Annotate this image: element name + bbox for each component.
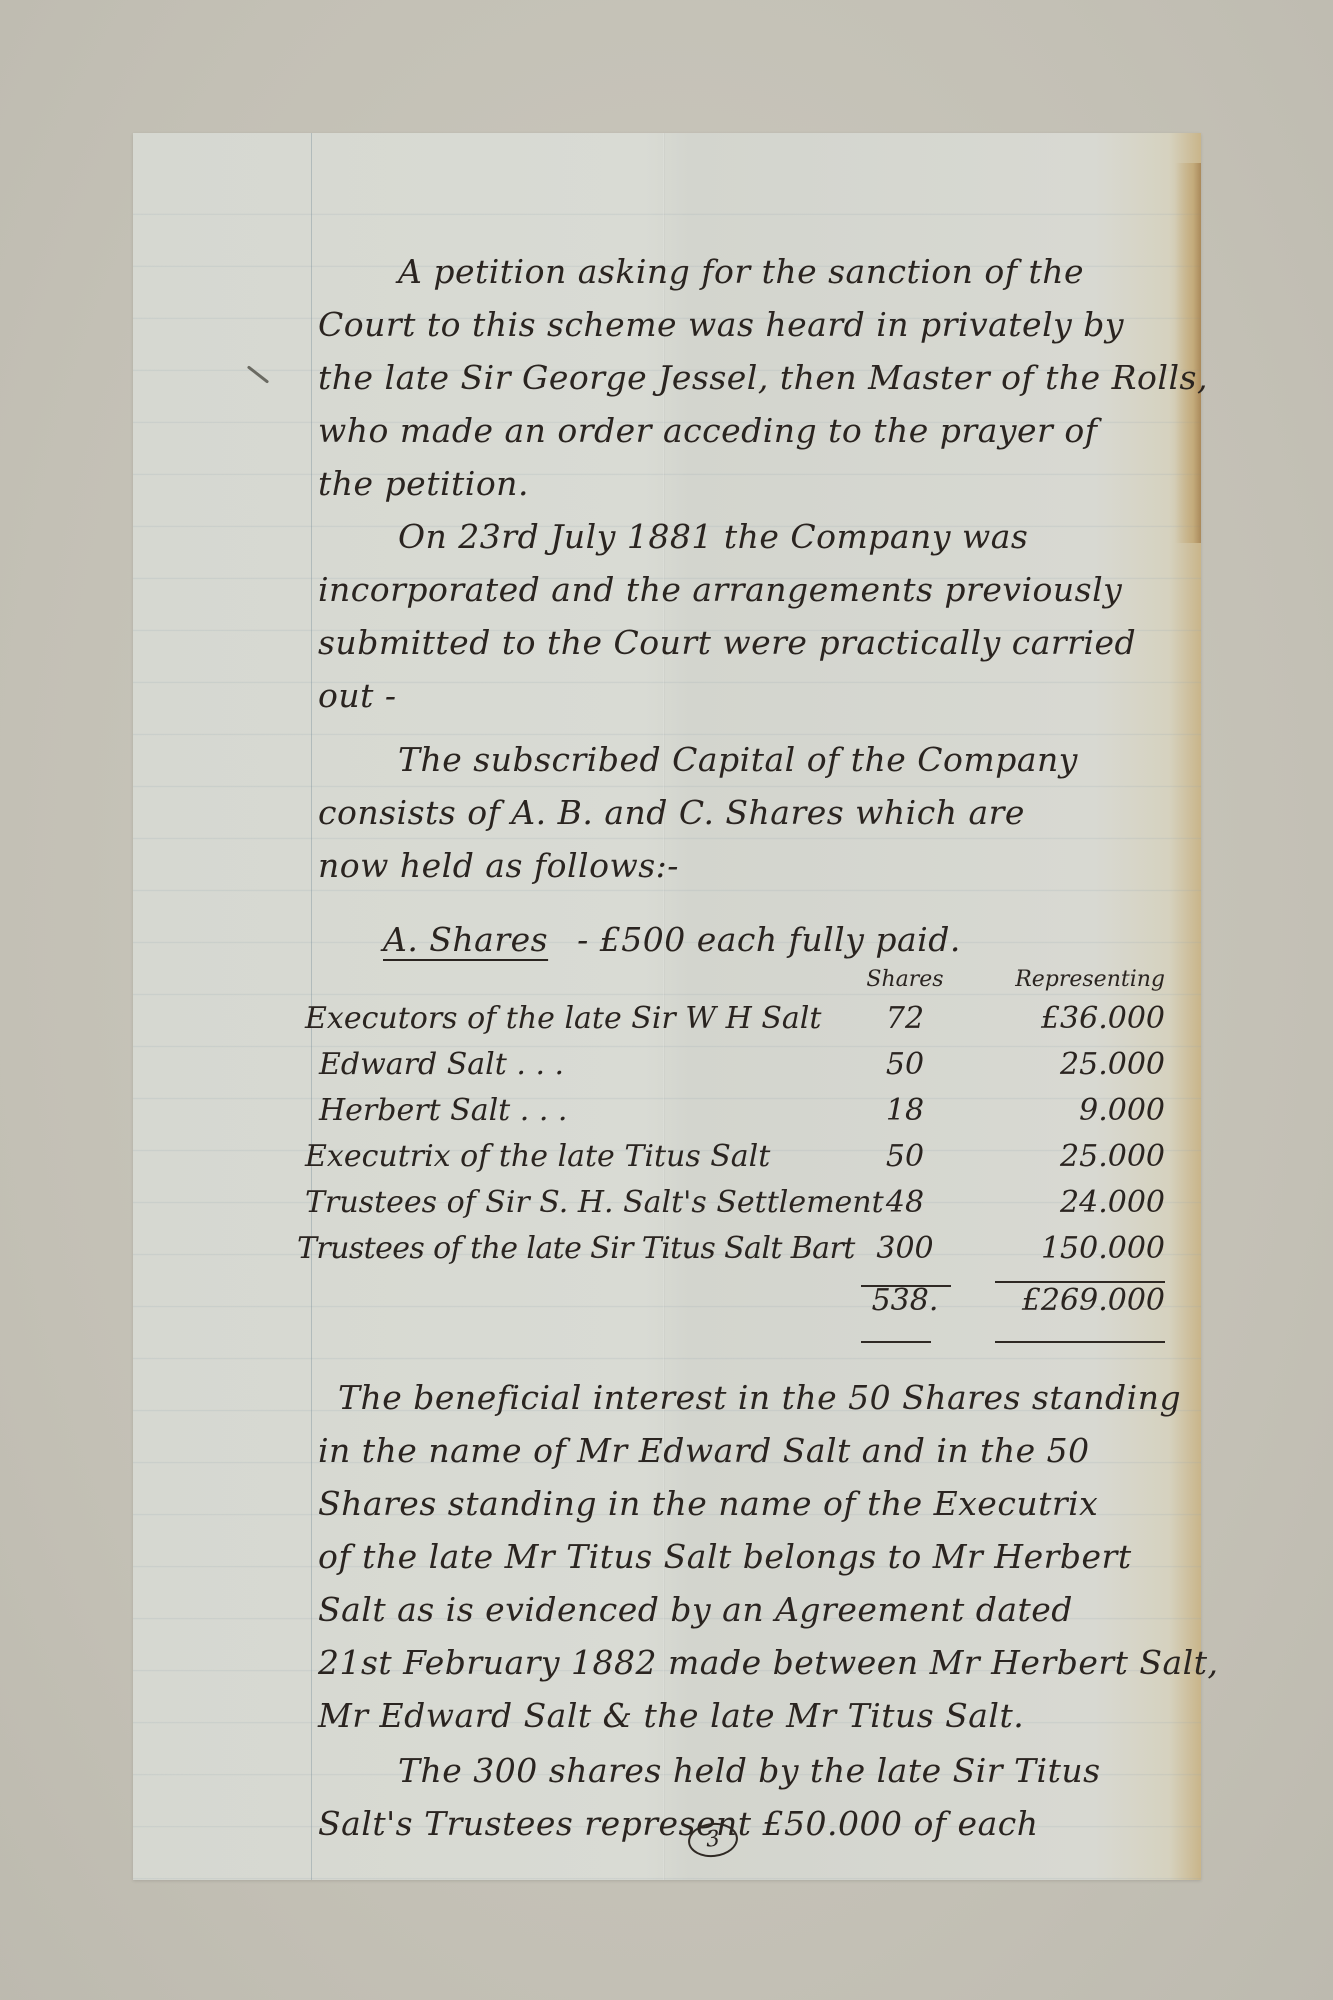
- share-table-heading: A. Shares - £500 each fully paid.: [383, 913, 961, 966]
- text-line: Mr Edward Salt & the late Mr Titus Salt.: [318, 1689, 1218, 1742]
- text-line: submitted to the Court were practically …: [318, 616, 1136, 669]
- table-total-row: 538. £269.000: [305, 1279, 1165, 1325]
- paragraph-capital: The subscribed Capital of the Company co…: [318, 733, 1078, 892]
- text-line: A petition asking for the sanction of th…: [318, 245, 1208, 298]
- amount-value: 9.000: [995, 1093, 1165, 1128]
- text-line: the petition.: [318, 457, 1208, 510]
- total-amount: £269.000: [995, 1283, 1165, 1318]
- text-line: out -: [318, 669, 1136, 722]
- text-line: The subscribed Capital of the Company: [318, 733, 1078, 786]
- amount-value: £36.000: [995, 1001, 1165, 1036]
- paragraph-beneficial-interest: The beneficial interest in the 50 Shares…: [318, 1371, 1218, 1742]
- share-count: 50: [860, 1139, 950, 1174]
- share-class-title: A. Shares: [383, 920, 548, 959]
- amount-value: 25.000: [995, 1139, 1165, 1174]
- text-line: 21st February 1882 made between Mr Herbe…: [318, 1636, 1218, 1689]
- amount-value: 25.000: [995, 1047, 1165, 1082]
- text-line: who made an order acceding to the prayer…: [318, 404, 1208, 457]
- paragraph-incorporation: On 23rd July 1881 the Company was incorp…: [318, 510, 1136, 722]
- column-header-representing: Representing: [995, 967, 1165, 992]
- amount-value: 150.000: [995, 1231, 1165, 1266]
- holder-name: Edward Salt . . .: [319, 1047, 564, 1082]
- text-line: The beneficial interest in the 50 Shares…: [318, 1371, 1218, 1424]
- column-header-shares: Shares: [860, 967, 950, 992]
- holder-name: Trustees of Sir S. H. Salt's Settlement: [305, 1185, 884, 1220]
- text-line: now held as follows:-: [318, 839, 1078, 892]
- total-rule-shares: [861, 1341, 931, 1343]
- text-line: Court to this scheme was heard in privat…: [318, 298, 1208, 351]
- total-rule-amount: [995, 1341, 1165, 1343]
- text-line: Salt as is evidenced by an Agreement dat…: [318, 1583, 1218, 1636]
- pencil-mark-icon: [247, 365, 269, 383]
- table-row: Trustees of Sir S. H. Salt's Settlement …: [305, 1181, 1165, 1227]
- holder-name: Executors of the late Sir W H Salt: [305, 1001, 821, 1036]
- text-line: Shares standing in the name of the Execu…: [318, 1477, 1218, 1530]
- manuscript-page: A petition asking for the sanction of th…: [133, 133, 1201, 1880]
- text-line: in the name of Mr Edward Salt and in the…: [318, 1424, 1218, 1477]
- share-count: 48: [860, 1185, 950, 1220]
- table-row: Executors of the late Sir W H Salt 72 £3…: [305, 997, 1165, 1043]
- share-class-note: - £500 each fully paid.: [577, 920, 961, 959]
- text-line: incorporated and the arrangements previo…: [318, 563, 1136, 616]
- table-header-row: Shares Representing: [305, 963, 1165, 997]
- text-line: consists of A. B. and C. Shares which ar…: [318, 786, 1078, 839]
- share-count: 72: [860, 1001, 950, 1036]
- holder-name: Trustees of the late Sir Titus Salt Bart: [297, 1231, 855, 1266]
- text-line: On 23rd July 1881 the Company was: [318, 510, 1136, 563]
- share-count: 50: [860, 1047, 950, 1082]
- text-line: the late Sir George Jessel, then Master …: [318, 351, 1208, 404]
- share-count: 300: [860, 1231, 950, 1266]
- holder-name: Executrix of the late Titus Salt: [305, 1139, 770, 1174]
- holder-name: Herbert Salt . . .: [319, 1093, 567, 1128]
- table-row: Herbert Salt . . . 18 9.000: [305, 1089, 1165, 1135]
- table-row: Executrix of the late Titus Salt 50 25.0…: [305, 1135, 1165, 1181]
- text-line: The 300 shares held by the late Sir Titu…: [318, 1744, 1101, 1797]
- amount-value: 24.000: [995, 1185, 1165, 1220]
- share-count: 18: [860, 1093, 950, 1128]
- total-shares: 538.: [860, 1283, 950, 1318]
- share-holdings-table: Shares Representing Executors of the lat…: [305, 963, 1165, 1325]
- paragraph-petition: A petition asking for the sanction of th…: [318, 245, 1208, 510]
- text-line: of the late Mr Titus Salt belongs to Mr …: [318, 1530, 1218, 1583]
- table-row: Edward Salt . . . 50 25.000: [305, 1043, 1165, 1089]
- table-row: Trustees of the late Sir Titus Salt Bart…: [305, 1227, 1165, 1273]
